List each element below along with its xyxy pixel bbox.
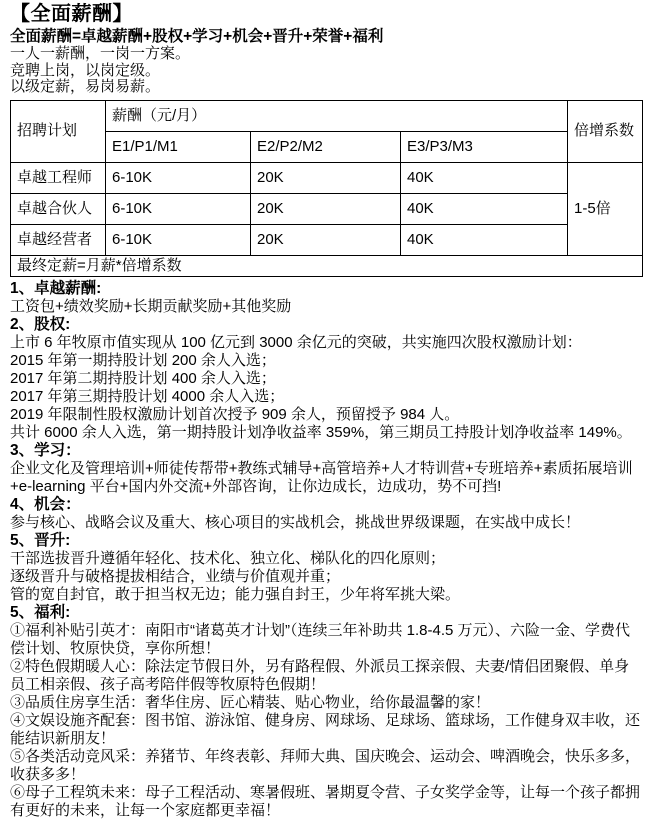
salary-cell: 6-10K <box>106 193 251 224</box>
section-paragraph: ④文娱设施齐配套：图书馆、游泳馆、健身房、网球场、足球场、篮球场，工作健身双丰收… <box>10 712 641 748</box>
section-heading: 2、股权: <box>10 316 641 334</box>
level-header-cell: E2/P2/M2 <box>251 131 401 162</box>
section-paragraph: ①福利补贴引英才：南阳市“诸葛英才计划”（连续三年补助共 1.8-4.5 万元）… <box>10 622 641 658</box>
table-subheader-row: E1/P1/M1 E2/P2/M2 E3/P3/M3 <box>11 131 643 162</box>
table-row: 卓越合伙人 6-10K 20K 40K <box>11 193 643 224</box>
section-opportunity: 4、机会： 参与核心、战略会议及重大、核心项目的实战机会，挑战世界级课题，在实战… <box>10 496 641 532</box>
section-equity: 2、股权: 上市 6 年牧原市值实现从 100 亿元到 3000 余亿元的突破，… <box>10 316 641 442</box>
section-paragraph: 共计 6000 余人入选，第一期持股计划净收益率 359%，第三期员工持股计划净… <box>10 424 641 442</box>
plan-header-cell: 招聘计划 <box>11 100 106 162</box>
section-paragraph: 参与核心、战略会议及重大、核心项目的实战机会，挑战世界级课题，在实战中成长！ <box>10 514 641 532</box>
table-header-row: 招聘计划 薪酬（元/月） 倍增系数 <box>11 100 643 131</box>
section-excellent-pay: 1、卓越薪酬: 工资包+绩效奖励+长期贡献奖励+其他奖励 <box>10 280 641 316</box>
section-paragraph: ⑥母子工程筑未来：母子工程活动、寒暑假班、暑期夏令营、子女奖学金等，让每一个孩子… <box>10 784 641 820</box>
section-paragraph: 2017 年第二期持股计划 400 余人入选； <box>10 370 641 388</box>
salary-cell: 40K <box>401 224 568 255</box>
section-paragraph: 企业文化及管理培训+师徒传帮带+教练式辅导+高管培养+人才特训营+专班培养+素质… <box>10 460 641 496</box>
salary-cell: 6-10K <box>106 162 251 193</box>
section-paragraph: 2019 年限制性股权激励计划首次授予 909 余人，预留授予 984 人。 <box>10 406 641 424</box>
table-footer-row: 最终定薪=月薪*倍增系数 <box>11 255 643 276</box>
sections-container: 1、卓越薪酬: 工资包+绩效奖励+长期贡献奖励+其他奖励 2、股权: 上市 6 … <box>10 280 641 820</box>
intro-line: 竞聘上岗，以岗定级。 <box>10 63 641 80</box>
section-paragraph: 管的宽自封官，敢于担当权无边；能力强自封王，少年将军挑大梁。 <box>10 586 641 604</box>
section-promotion: 5、晋升: 干部选拔晋升遵循年轻化、技术化、独立化、梯队化的四化原则； 逐级晋升… <box>10 532 641 604</box>
section-paragraph: ⑤各类活动竞风采：养猪节、年终表彰、拜师大典、国庆晚会、运动会、啤酒晚会，快乐多… <box>10 748 641 784</box>
intro-line: 一人一薪酬，一岗一方案。 <box>10 46 641 63</box>
salary-cell: 40K <box>401 193 568 224</box>
salary-cell: 20K <box>251 162 401 193</box>
section-paragraph: ③品质住房享生活：奢华住房、匠心精装、贴心物业，给你最温馨的家！ <box>10 694 641 712</box>
table-row: 卓越工程师 6-10K 20K 40K 1-5倍 <box>11 162 643 193</box>
section-welfare: 5、福利: ①福利补贴引英才：南阳市“诸葛英才计划”（连续三年补助共 1.8-4… <box>10 604 641 820</box>
section-paragraph: 2015 年第一期持股计划 200 余人入选； <box>10 352 641 370</box>
compensation-formula: 全面薪酬=卓越薪酬+股权+学习+机会+晋升+荣誉+福利 <box>10 27 641 46</box>
multiplier-header-cell: 倍增系数 <box>568 100 643 162</box>
level-header-cell: E1/P1/M1 <box>106 131 251 162</box>
section-paragraph: 2017 年第三期持股计划 4000 余人入选； <box>10 388 641 406</box>
section-paragraph: 干部选拔晋升遵循年轻化、技术化、独立化、梯队化的四化原则； <box>10 550 641 568</box>
section-learning: 3、学习： 企业文化及管理培训+师徒传帮带+教练式辅导+高管培养+人才特训营+专… <box>10 442 641 496</box>
intro-line: 以级定薪，易岗易薪。 <box>10 79 641 96</box>
salary-group-header-cell: 薪酬（元/月） <box>106 100 568 131</box>
section-paragraph: 逐级晋升与破格提拔相结合，业绩与价值观并重； <box>10 568 641 586</box>
document-page: 【全面薪酬】 全面薪酬=卓越薪酬+股权+学习+机会+晋升+荣誉+福利 一人一薪酬… <box>0 0 649 820</box>
final-salary-formula-cell: 最终定薪=月薪*倍增系数 <box>11 255 643 276</box>
page-title: 【全面薪酬】 <box>10 2 641 27</box>
section-heading: 5、福利: <box>10 604 641 622</box>
salary-table: 招聘计划 薪酬（元/月） 倍增系数 E1/P1/M1 E2/P2/M2 E3/P… <box>10 100 643 277</box>
salary-cell: 20K <box>251 224 401 255</box>
section-heading: 3、学习： <box>10 442 641 460</box>
plan-cell: 卓越经营者 <box>11 224 106 255</box>
level-header-cell: E3/P3/M3 <box>401 131 568 162</box>
plan-cell: 卓越工程师 <box>11 162 106 193</box>
section-heading: 4、机会： <box>10 496 641 514</box>
section-paragraph: 上市 6 年牧原市值实现从 100 亿元到 3000 余亿元的突破，共实施四次股… <box>10 334 641 352</box>
table-row: 卓越经营者 6-10K 20K 40K <box>11 224 643 255</box>
section-heading: 5、晋升: <box>10 532 641 550</box>
section-paragraph: 工资包+绩效奖励+长期贡献奖励+其他奖励 <box>10 298 641 316</box>
section-paragraph: ②特色假期暖人心：除法定节假日外，另有路程假、外派员工探亲假、夫妻/情侣团聚假、… <box>10 658 641 694</box>
multiplier-value-cell: 1-5倍 <box>568 162 643 255</box>
section-heading: 1、卓越薪酬: <box>10 280 641 298</box>
salary-cell: 6-10K <box>106 224 251 255</box>
salary-cell: 20K <box>251 193 401 224</box>
plan-cell: 卓越合伙人 <box>11 193 106 224</box>
salary-cell: 40K <box>401 162 568 193</box>
